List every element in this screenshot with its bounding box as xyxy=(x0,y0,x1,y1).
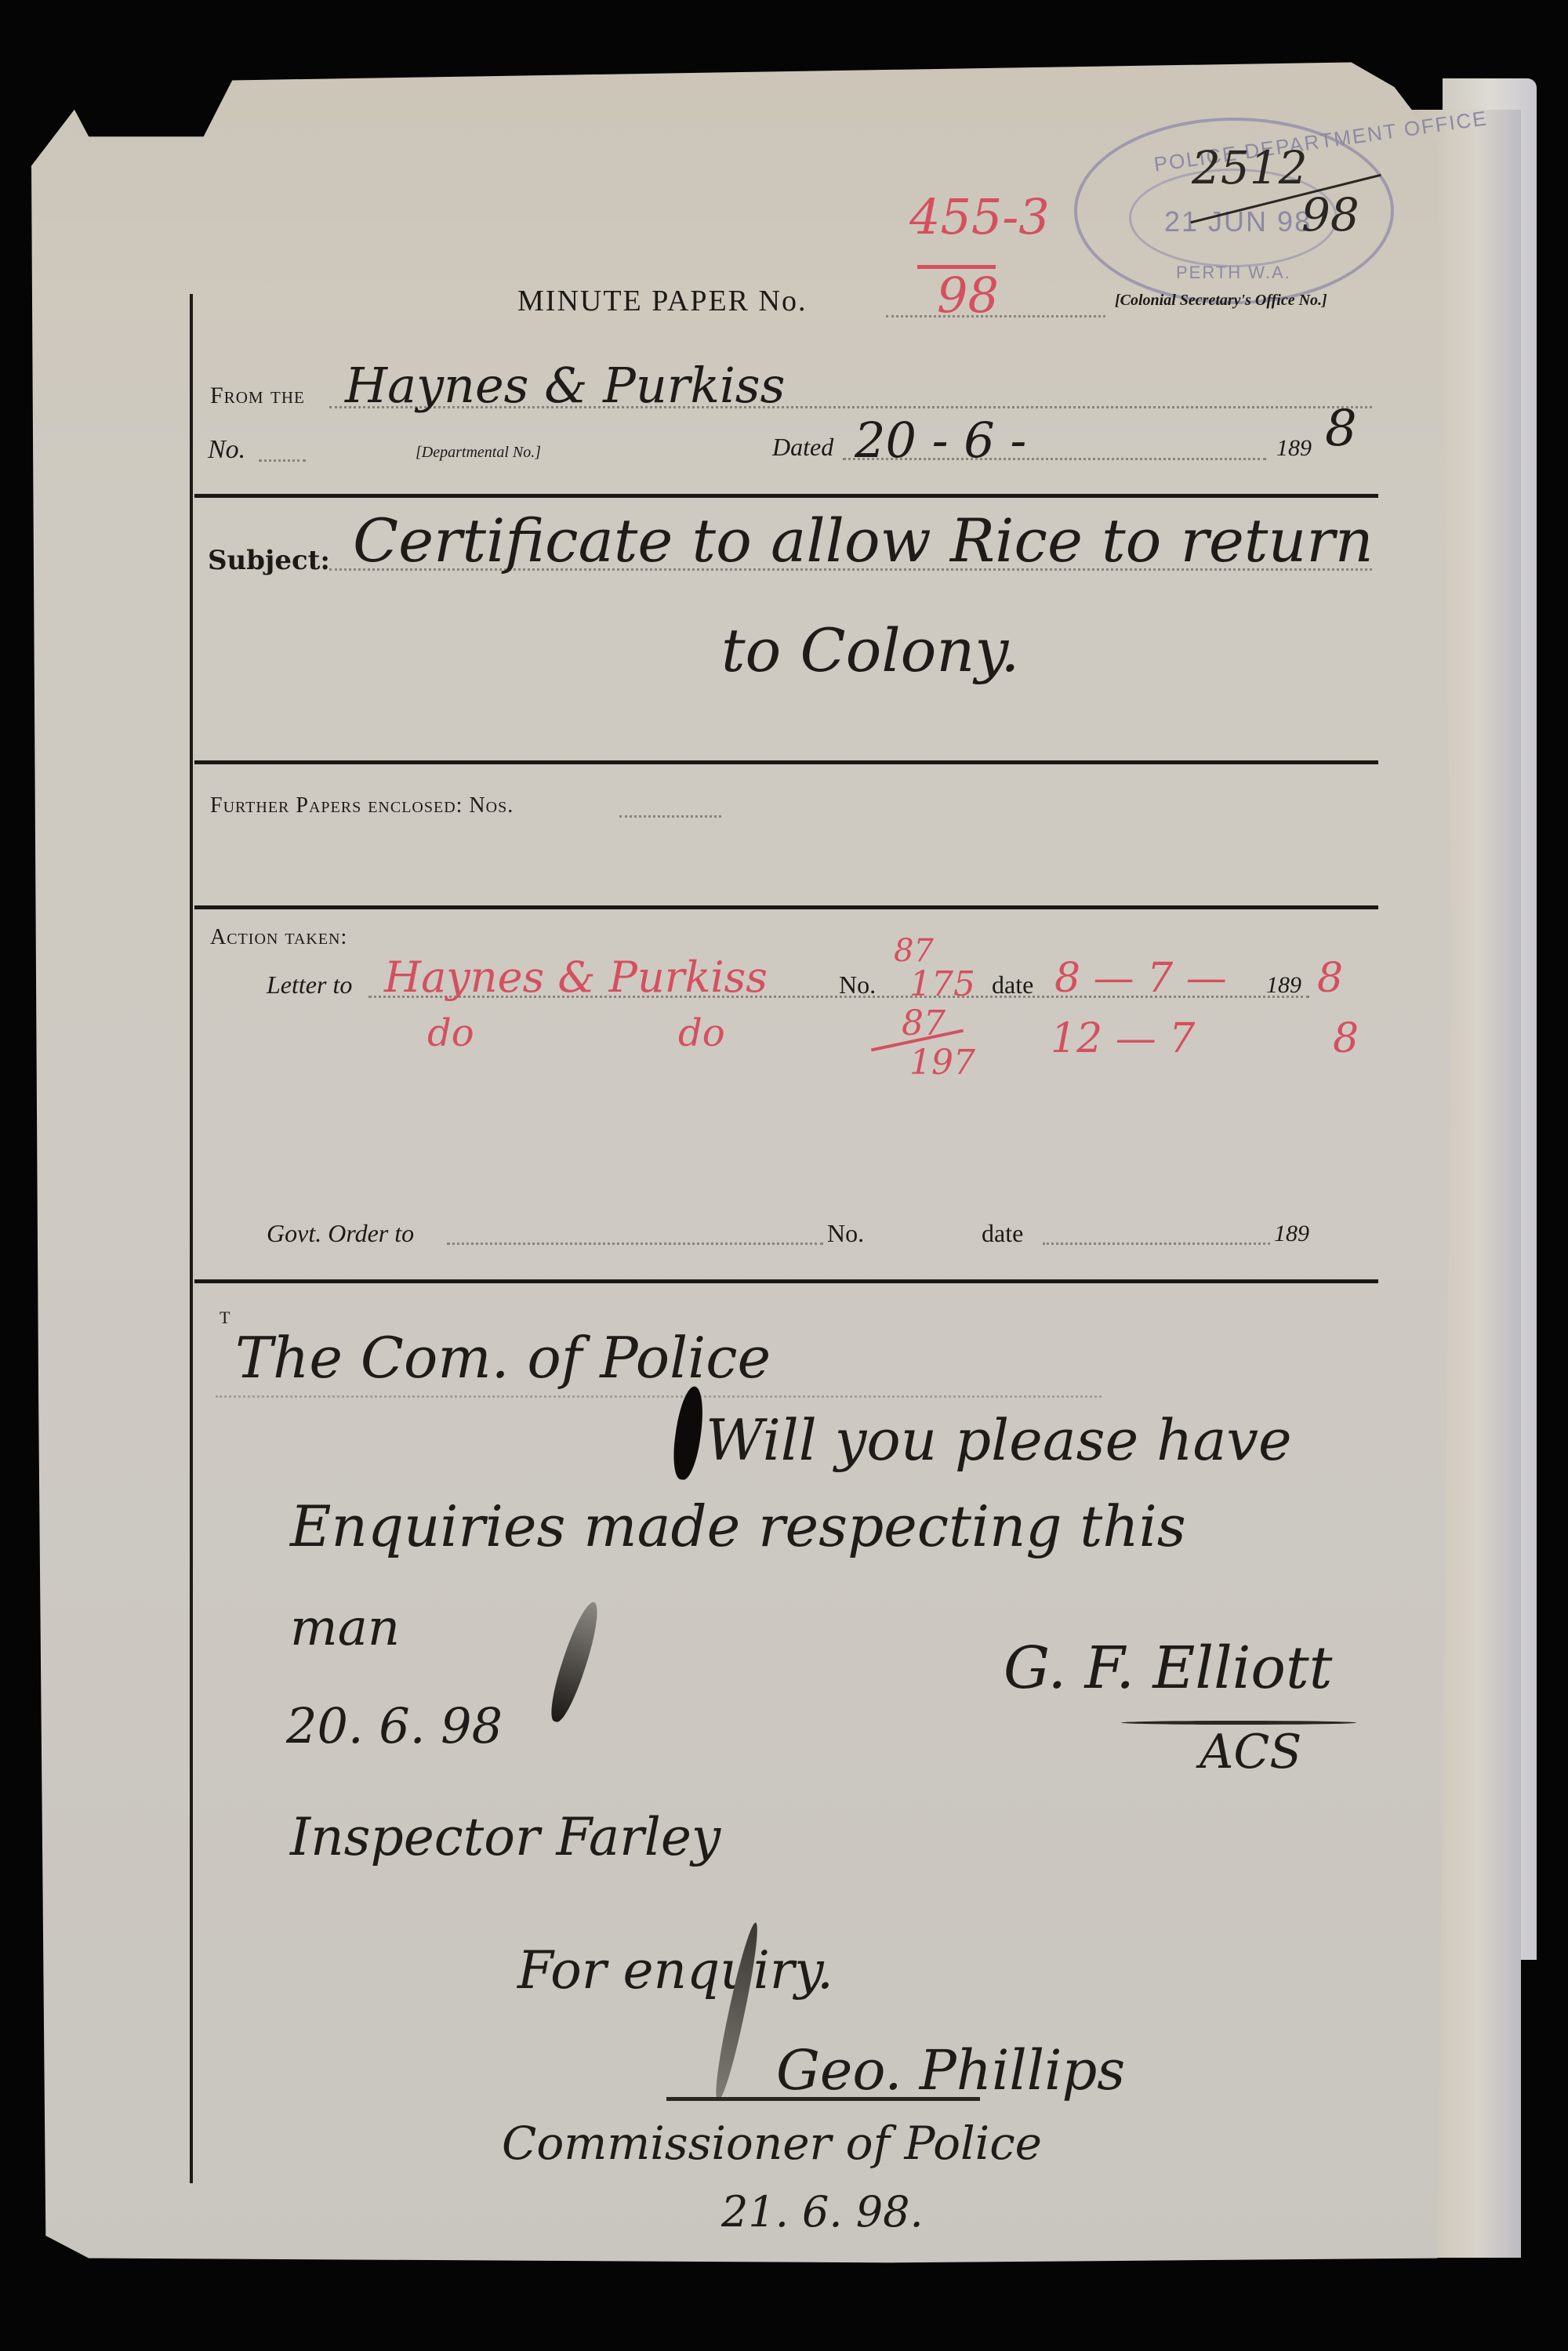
letter-date-label: date xyxy=(992,971,1033,1000)
action-row-2-date: 12 — 7 xyxy=(1051,1015,1195,1062)
letter-to-label: Letter to xyxy=(267,971,352,1000)
govt-year: 189 xyxy=(1274,1221,1309,1247)
minute-date-2: 21. 6. 98. xyxy=(721,2187,924,2237)
action-row-1-year: 8 xyxy=(1317,955,1343,1002)
subject-line-1: Certificate to allow Rice to return xyxy=(353,506,1374,575)
stamp-handwritten-year: 98 xyxy=(1301,188,1359,241)
letter-no-label: No. xyxy=(839,971,876,1000)
stamp-handwritten-number: 2512 xyxy=(1192,141,1308,194)
second-addressee: Inspector Farley xyxy=(290,1807,720,1867)
rule-after-further-papers xyxy=(194,905,1378,909)
dated-value: 20 - 6 - xyxy=(855,412,1026,469)
minute-addressee: The Com. of Police xyxy=(235,1325,771,1391)
action-row-2-no-den: 197 xyxy=(909,1043,975,1083)
to-marker: T xyxy=(220,1308,230,1328)
signature-2-title: Commissioner of Police xyxy=(502,2117,1042,2170)
letter-year-prefix: 189 xyxy=(1266,972,1301,999)
action-taken-label: Action taken: xyxy=(210,925,347,950)
signature-1: G. F. Elliott xyxy=(1004,1634,1332,1702)
action-row-2-year: 8 xyxy=(1333,1015,1359,1062)
minute-body-line-1: Will you please have xyxy=(706,1407,1292,1473)
action-row-1-no-den: 175 xyxy=(909,964,975,1004)
subject-line-2: to Colony. xyxy=(721,615,1019,685)
govt-order-dotted-line xyxy=(447,1243,823,1245)
govt-no-label: No. xyxy=(827,1219,864,1248)
signature-1-title: ACS xyxy=(1200,1725,1301,1780)
action-row-1-date: 8 — 7 — xyxy=(1054,955,1227,1002)
further-papers-dotted-line xyxy=(619,815,721,818)
minute-date-1: 20. 6. 98 xyxy=(286,1697,503,1754)
departmental-no-label: [Departmental No.] xyxy=(416,444,541,462)
no-label: No. xyxy=(208,435,245,465)
colonial-secretary-label: [Colonial Secretary's Office No.] xyxy=(1115,292,1327,310)
rule-after-from xyxy=(194,494,1378,498)
further-papers-label: Further Papers enclosed: Nos. xyxy=(210,793,514,818)
govt-date-label: date xyxy=(982,1219,1023,1248)
stamp-ring-bottom-text: PERTH W.A. xyxy=(1176,263,1291,283)
action-row-2-to-ditto: do xyxy=(678,1011,725,1055)
addressee-dotted-line xyxy=(216,1395,1102,1398)
subject-label: Subject: xyxy=(208,545,330,576)
from-label: From the xyxy=(210,383,305,409)
minute-body-line-2: Enquiries made respecting this xyxy=(290,1493,1186,1559)
action-row-2-to: do xyxy=(427,1011,474,1055)
govt-order-label: Govt. Order to xyxy=(267,1219,414,1248)
from-value: Haynes & Purkiss xyxy=(345,357,785,414)
minute-no-denominator: 98 xyxy=(937,267,999,324)
signature-2: Geo. Phillips xyxy=(776,2038,1125,2102)
signature-2-underline xyxy=(666,2097,980,2101)
govt-date-dotted-line xyxy=(1043,1243,1270,1245)
year-suffix: 8 xyxy=(1325,400,1357,458)
left-margin-rule xyxy=(190,294,193,2183)
minute-paper-title: MINUTE PAPER No. xyxy=(517,284,807,318)
rule-after-subject xyxy=(194,760,1378,764)
second-minute-body: For enquiry. xyxy=(517,1940,833,2001)
dept-no-dotted-line xyxy=(259,459,306,462)
minute-body-line-3: man xyxy=(290,1599,400,1657)
dated-label: Dated xyxy=(772,433,833,462)
year-prefix: 189 xyxy=(1276,435,1312,462)
action-row-1-to: Haynes & Purkiss xyxy=(384,952,768,1002)
minute-no-numerator: 455-3 xyxy=(909,188,1050,245)
rule-before-minutes xyxy=(194,1279,1378,1283)
